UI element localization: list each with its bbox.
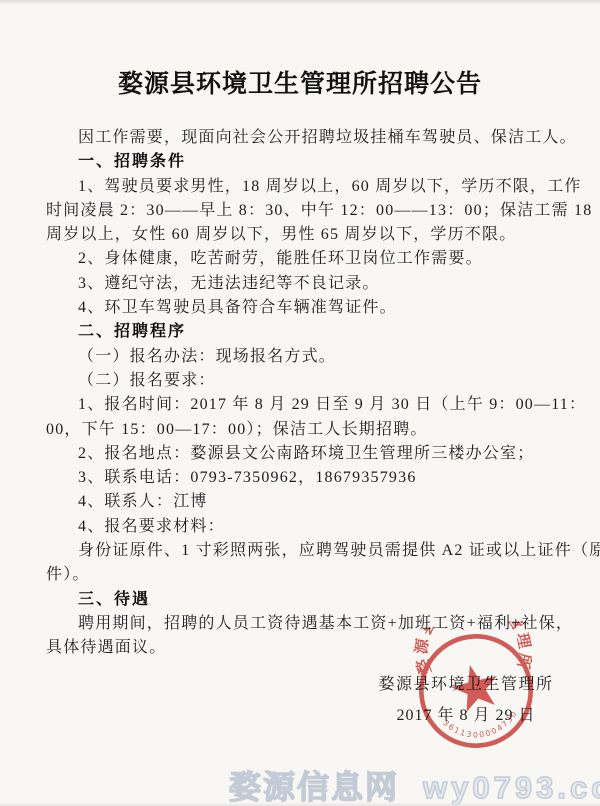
watermark-site-name: 婺源信息网 <box>229 769 399 805</box>
document-line: 3、遵纪守法，无违法违纪等不良记录。 <box>46 272 560 296</box>
section-heading: 一、招聘条件 <box>46 150 560 174</box>
document-line: 身份证原件、1 寸彩照两张，应聘驾驶员需提供 A2 证或以上证件（原 <box>46 539 560 563</box>
document-title: 婺源县环境卫生管理所招聘公告 <box>0 64 600 100</box>
official-seal-stamp: 婺源县环境卫生管理所 3611300004730 <box>404 619 547 762</box>
document-line: 1、报名时间：2017 年 8 月 29 日至 9 月 30 日（上午 9：00… <box>46 393 560 417</box>
document-line: 周岁以上，女性 60 周岁以下，男性 65 周岁以下，学历不限。 <box>46 223 560 247</box>
document-line: 件）。 <box>46 563 560 587</box>
document-line: 时间凌晨 2：30——早上 8：30、中午 12：00——13：00；保洁工需 … <box>46 199 560 223</box>
document-line: 3、联系电话：0793-7350962，18679357936 <box>46 466 560 490</box>
document-line: （一）报名办法：现场报名方式。 <box>46 345 560 369</box>
site-watermark: 婺源信息网wy0793.com <box>229 762 600 806</box>
document-line: 1、驾驶员要求男性，18 周岁以上，60 周岁以下，学历不限，工作 <box>46 175 560 199</box>
document-line: 4、环卫车驾驶员具备符合车辆准驾证件。 <box>46 296 560 320</box>
seal-star-icon <box>447 659 503 714</box>
document-line: 2、身体健康，吃苦耐劳，能胜任环卫岗位工作需要。 <box>46 247 560 271</box>
document-line: 4、联系人：江博 <box>46 490 560 514</box>
section-heading: 三、待遇 <box>46 588 560 612</box>
document-line: 00，下午 15：00—17：00）；保洁工人长期招聘。 <box>46 418 560 442</box>
document-line: 因工作需要，现面向社会公开招聘垃圾挂桶车驾驶员、保洁工人。 <box>46 126 560 150</box>
scanned-document-page: 婺源县环境卫生管理所招聘公告 因工作需要，现面向社会公开招聘垃圾挂桶车驾驶员、保… <box>0 0 600 806</box>
document-line: （二）报名要求： <box>46 369 560 393</box>
document-lines: 因工作需要，现面向社会公开招聘垃圾挂桶车驾驶员、保洁工人。一、招聘条件1、驾驶员… <box>46 126 560 661</box>
document-line: 2、报名地点：婺源县文公南路环境卫生管理所三楼办公室； <box>46 442 560 466</box>
document-line: 4、报名要求材料： <box>46 515 560 539</box>
section-heading: 二、招聘程序 <box>46 320 560 344</box>
watermark-site-url: wy0793.com <box>423 770 600 805</box>
